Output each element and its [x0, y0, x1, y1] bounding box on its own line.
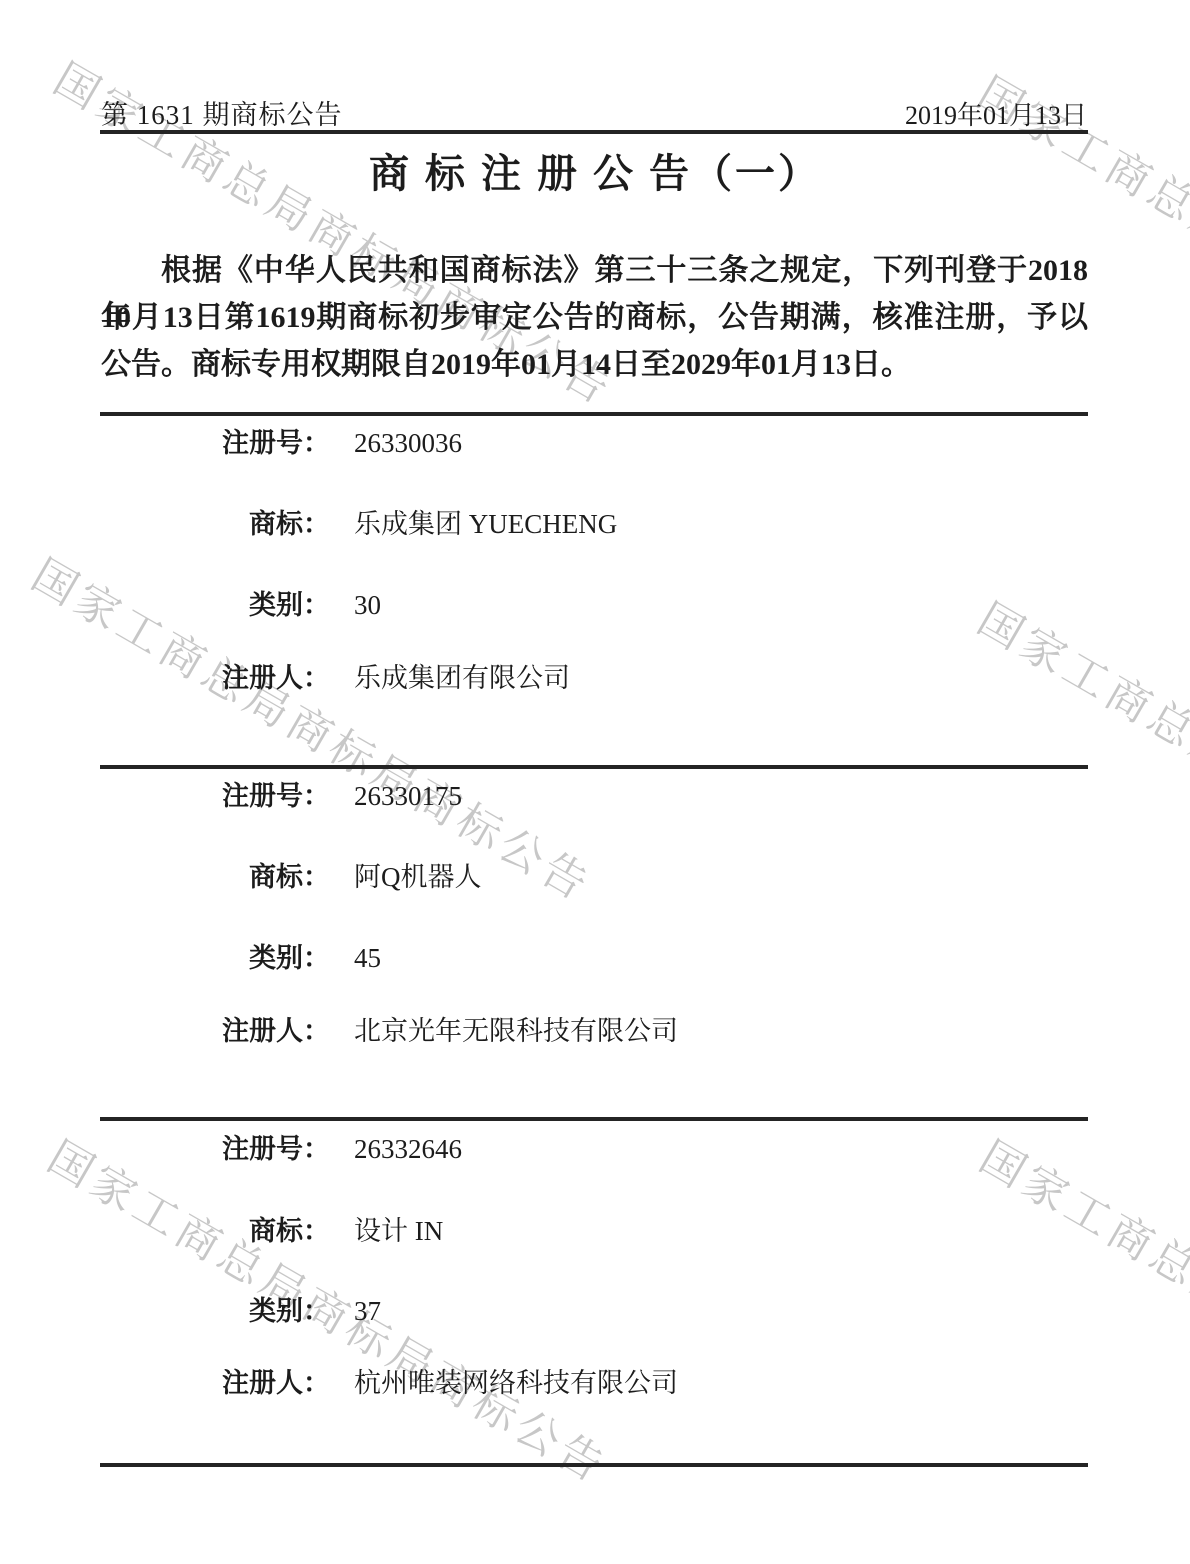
- trademark-value: 乐成集团 YUECHENG: [354, 507, 617, 541]
- reg-no-value: 26332646: [354, 1132, 462, 1166]
- intro-line-3: 公告。商标专用权期限自2019年01月14日至2029年01月13日。: [101, 341, 1088, 388]
- reg-no-label: 注册号：: [100, 1132, 330, 1166]
- intro-paragraph: 根据《中华人民共和国商标法》第三十三条之规定，下列刊登于2018年 10月13日…: [101, 247, 1088, 388]
- page-content: 第 1631 期商标公告 2019年01月13日 商 标 注 册 公 告（一） …: [0, 0, 1190, 1564]
- record-row: 注册人： 乐成集团有限公司: [100, 661, 1088, 695]
- trademark-record: 注册号： 26330175 商标： 阿Q机器人 类别： 45 注册人： 北京光年…: [100, 765, 1088, 1117]
- trademark-value: 阿Q机器人: [354, 860, 482, 894]
- trademark-label: 商标：: [100, 507, 330, 541]
- record-row: 类别： 30: [100, 588, 1088, 622]
- category-value: 45: [354, 941, 381, 975]
- header-divider: [100, 130, 1088, 134]
- record-row: 注册人： 北京光年无限科技有限公司: [100, 1014, 1088, 1048]
- reg-no-label: 注册号：: [100, 779, 330, 813]
- trademark-record: 注册号： 26332646 商标： 设计 IN 类别： 37 注册人： 杭州唯装…: [100, 1117, 1088, 1463]
- record-row: 商标： 乐成集团 YUECHENG: [100, 507, 1088, 541]
- record-row: 注册人： 杭州唯装网络科技有限公司: [100, 1366, 1088, 1400]
- gazette-issue-number: 第 1631 期商标公告: [101, 93, 343, 132]
- category-value: 30: [354, 588, 381, 622]
- registrant-value: 杭州唯装网络科技有限公司: [354, 1366, 678, 1400]
- trademark-label: 商标：: [100, 860, 330, 894]
- reg-no-value: 26330036: [354, 426, 462, 460]
- category-label: 类别：: [100, 588, 330, 622]
- registrant-label: 注册人：: [100, 1014, 330, 1048]
- reg-no-label: 注册号：: [100, 426, 330, 460]
- trademark-record: 注册号： 26330036 商标： 乐成集团 YUECHENG 类别： 30 注…: [100, 412, 1088, 765]
- record-row: 注册号： 26330036: [100, 426, 1088, 460]
- registrant-label: 注册人：: [100, 1366, 330, 1400]
- document-page: 国家工商总局商标局商标公告 国家工商总局商标局商标公告 国家工商总局商标局商标公…: [0, 0, 1190, 1564]
- registrant-value: 乐成集团有限公司: [354, 661, 570, 695]
- bottom-divider: [100, 1463, 1088, 1467]
- registrant-value: 北京光年无限科技有限公司: [354, 1014, 678, 1048]
- gazette-date: 2019年01月13日: [905, 95, 1087, 132]
- intro-line-1: 根据《中华人民共和国商标法》第三十三条之规定，下列刊登于2018年: [101, 247, 1088, 294]
- registrant-label: 注册人：: [100, 661, 330, 695]
- intro-line-2: 10月13日第1619期商标初步审定公告的商标，公告期满，核准注册，予以: [101, 294, 1088, 341]
- category-value: 37: [354, 1294, 381, 1328]
- trademark-value: 设计 IN: [354, 1214, 443, 1248]
- record-row: 商标： 阿Q机器人: [100, 860, 1088, 894]
- record-row: 商标： 设计 IN: [100, 1214, 1088, 1248]
- category-label: 类别：: [100, 1294, 330, 1328]
- record-row: 注册号： 26330175: [100, 779, 1088, 813]
- category-label: 类别：: [100, 941, 330, 975]
- page-title: 商 标 注 册 公 告（一）: [0, 142, 1190, 199]
- trademark-label: 商标：: [100, 1214, 330, 1248]
- record-row: 类别： 45: [100, 941, 1088, 975]
- record-row: 类别： 37: [100, 1294, 1088, 1328]
- record-row: 注册号： 26332646: [100, 1132, 1088, 1166]
- reg-no-value: 26330175: [354, 779, 462, 813]
